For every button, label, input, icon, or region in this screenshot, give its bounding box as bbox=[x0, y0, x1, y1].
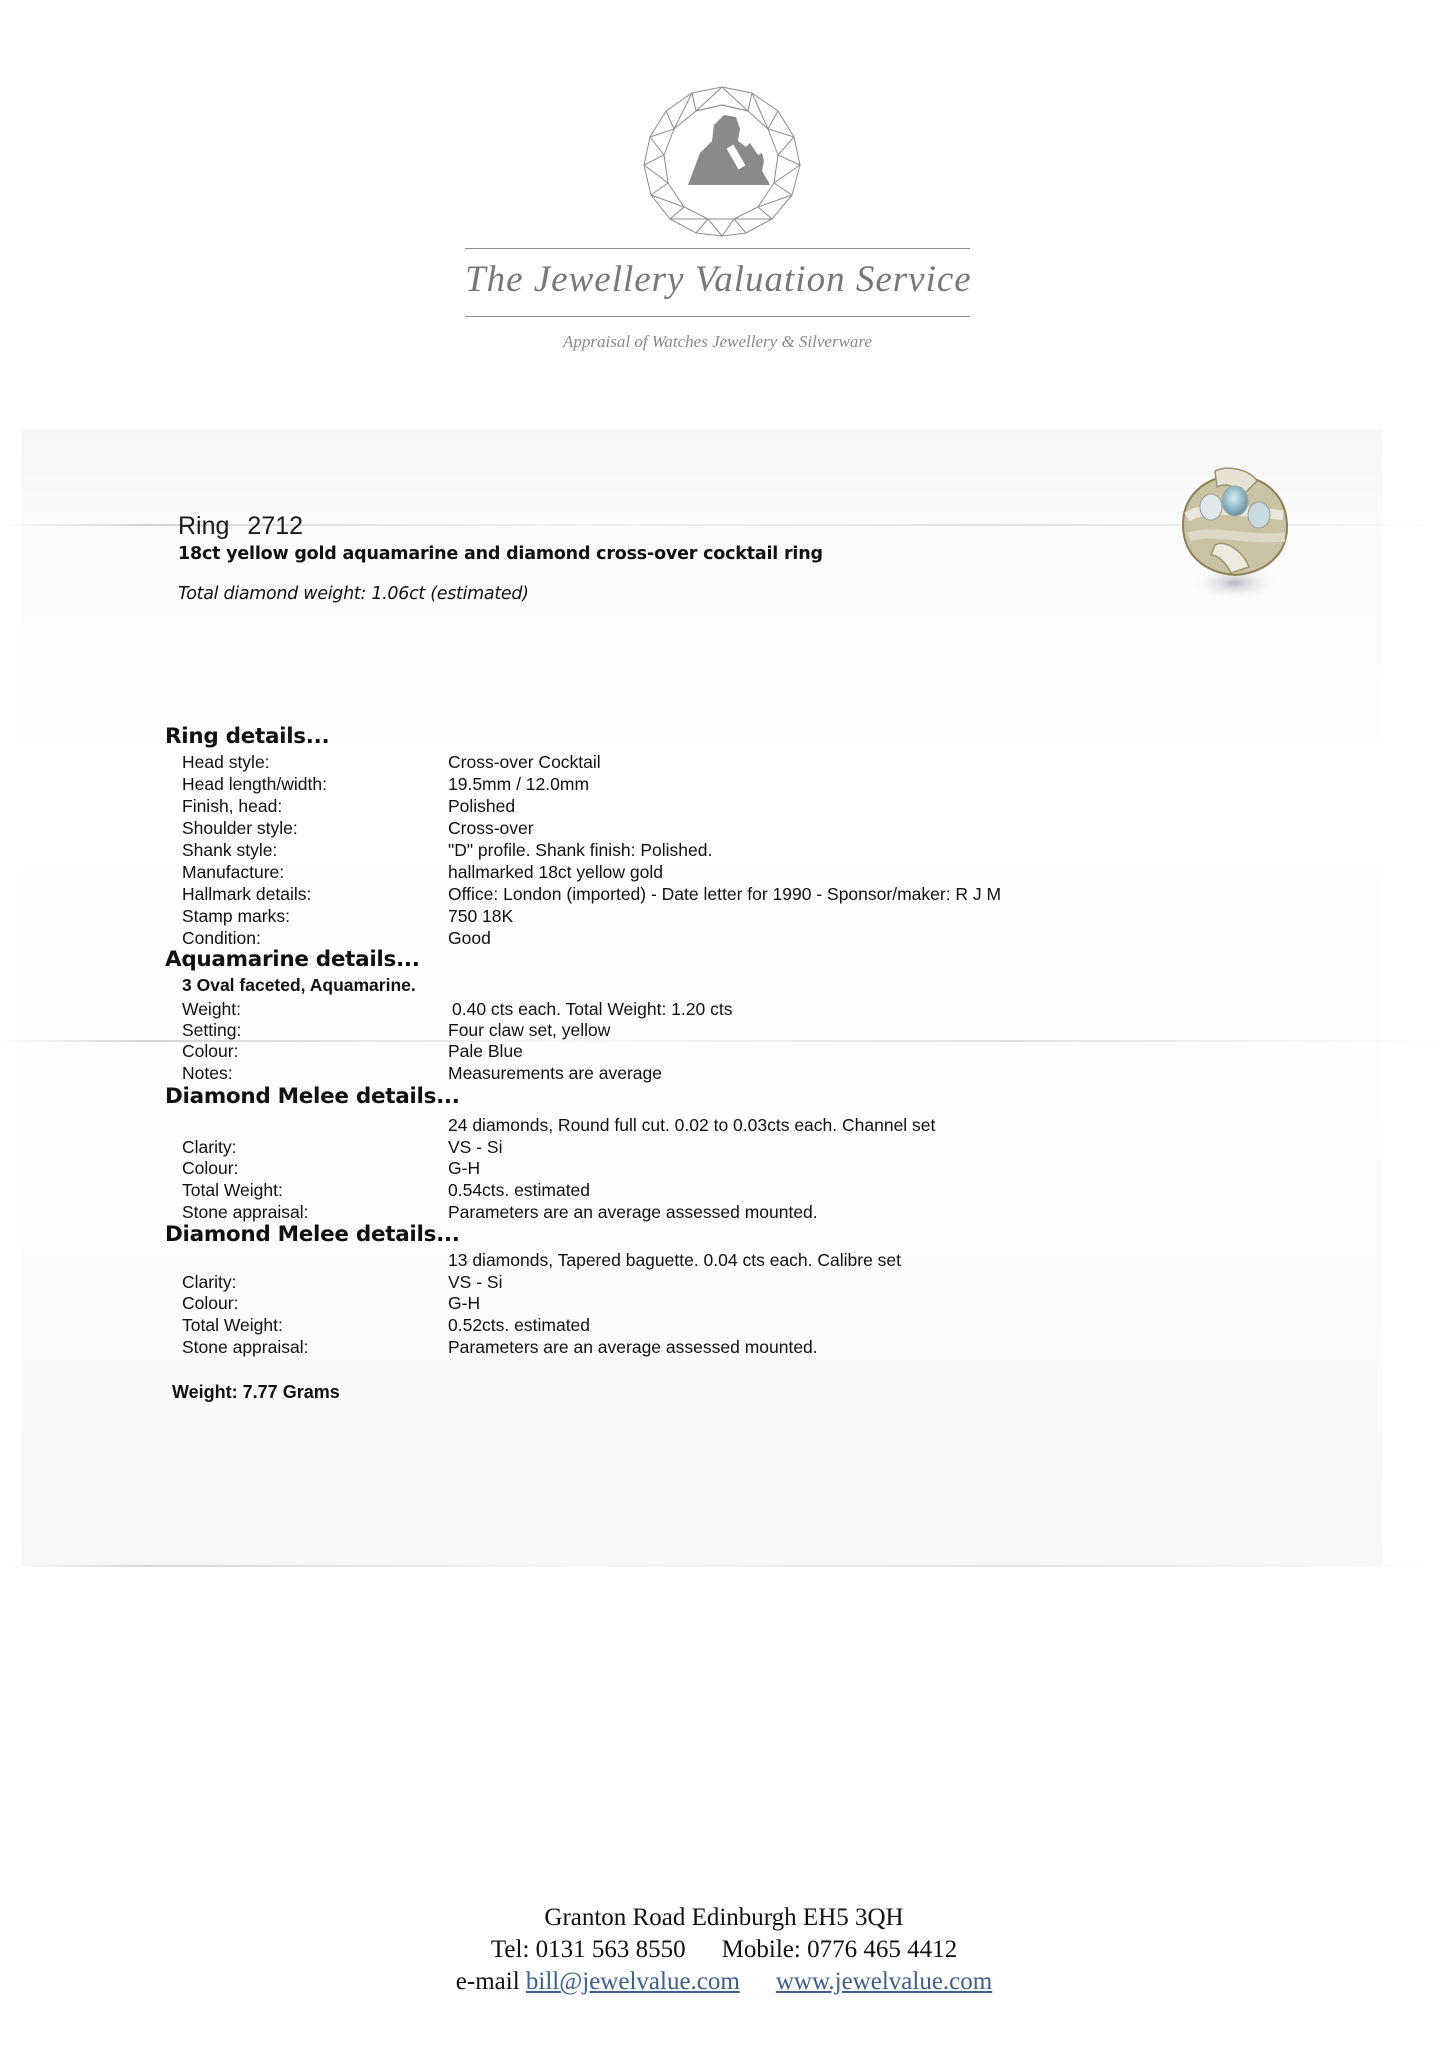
faceted-diamond-logo-icon bbox=[642, 85, 802, 237]
footer-address: Granton Road Edinburgh EH5 3QH bbox=[424, 1902, 1024, 1934]
total-ring-weight: Weight: 7.77 Grams bbox=[172, 1382, 340, 1403]
footer-contact: Granton Road Edinburgh EH5 3QH Tel: 0131… bbox=[424, 1902, 1024, 1998]
section-heading-diamond-melee-details: Diamond Melee details... bbox=[165, 1084, 460, 1109]
item-number: 2712 bbox=[247, 512, 303, 540]
company-tagline: Appraisal of Watches Jewellery & Silverw… bbox=[465, 332, 970, 352]
mobile-number: 0776 465 4412 bbox=[807, 1936, 957, 1963]
footer-phones: Tel: 0131 563 8550Mobile: 0776 465 4412 bbox=[424, 1934, 1024, 1966]
company-name: The Jewellery Valuation Service bbox=[465, 258, 970, 301]
footer-links: e-mail bill@jewelvalue.comwww.jewelvalue… bbox=[424, 1966, 1024, 1998]
letterhead-rule-top bbox=[465, 248, 970, 249]
letterhead-rule-bottom bbox=[465, 316, 970, 317]
email-label: e-mail bbox=[456, 1968, 520, 1995]
item-title: Ring2712 bbox=[178, 512, 303, 541]
paper-crease bbox=[0, 1565, 1448, 1567]
total-diamond-weight: Total diamond weight: 1.06ct (estimated) bbox=[178, 584, 529, 604]
tel-label: Tel: bbox=[491, 1936, 530, 1963]
section-heading-ring-details: Ring details... bbox=[165, 724, 329, 749]
tel-number: 0131 563 8550 bbox=[536, 1936, 686, 1963]
item-description: 18ct yellow gold aquamarine and diamond … bbox=[178, 544, 823, 564]
section-heading-aquamarine-details: Aquamarine details... bbox=[165, 947, 420, 972]
email-link[interactable]: bill@jewelvalue.com bbox=[526, 1968, 740, 1995]
ring-photo bbox=[1165, 455, 1305, 605]
section-heading-diamond-melee-details: Diamond Melee details... bbox=[165, 1222, 460, 1247]
item-type: Ring bbox=[178, 512, 229, 540]
mobile-label: Mobile: bbox=[722, 1936, 801, 1963]
website-link[interactable]: www.jewelvalue.com bbox=[776, 1968, 992, 1995]
